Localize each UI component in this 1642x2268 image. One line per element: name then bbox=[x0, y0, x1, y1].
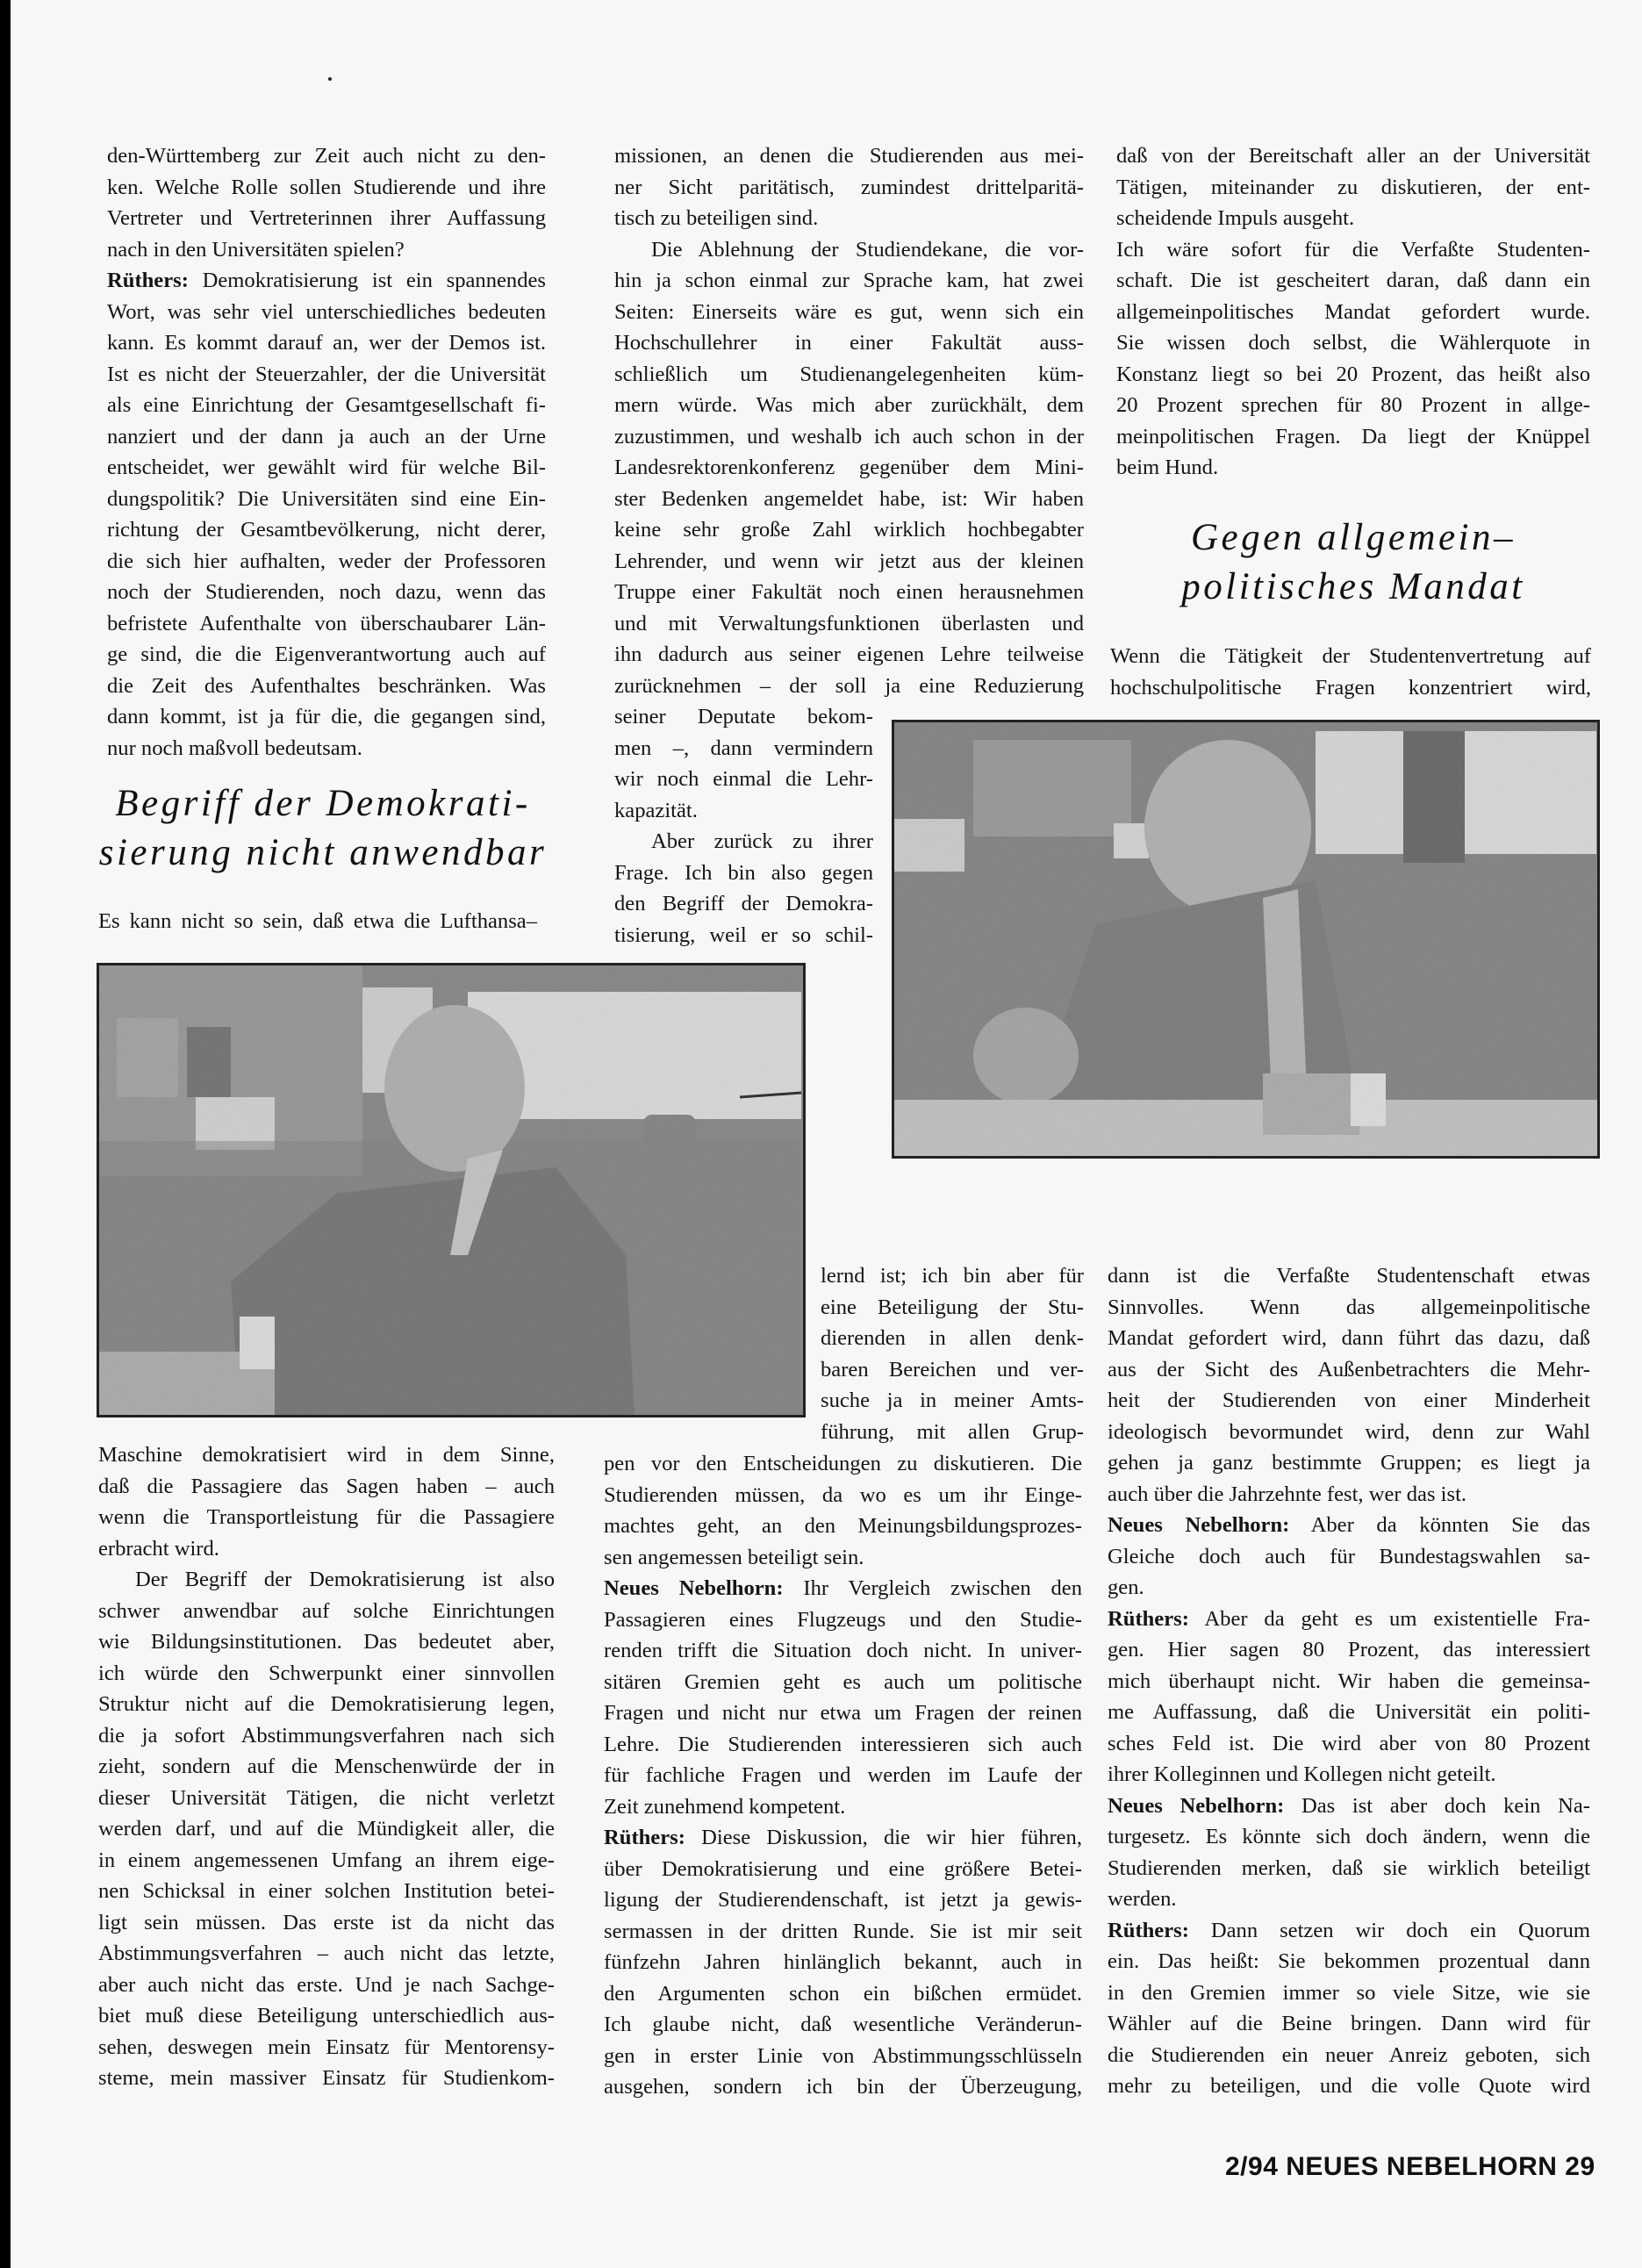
text-line: ich würde den Schwerpunkt einer sinnvoll… bbox=[98, 1658, 555, 1690]
text-line: aus der Sicht des Außenbetrachters die M… bbox=[1108, 1354, 1590, 1386]
text-line: Struktur nicht auf die Demokratisierung … bbox=[98, 1689, 555, 1720]
speaker-label: Rüthers: bbox=[1108, 1607, 1189, 1631]
text-line: Vertreter und Vertreterinnen ihrer Auffa… bbox=[107, 203, 546, 234]
text-line: allgemeinpolitisches Mandat gefordert wu… bbox=[1116, 297, 1590, 328]
text-line: führung, mit allen Grup- bbox=[821, 1417, 1084, 1448]
column-1-bottom: Maschine demokratisiert wird in dem Sinn… bbox=[98, 1439, 555, 2094]
text-line: ein. Das heißt: Sie bekommen prozentual … bbox=[1108, 1946, 1590, 1977]
text-line: erbracht wird. bbox=[98, 1533, 555, 1565]
text-line: gen in erster Linie von Abstimmungsschlü… bbox=[604, 2041, 1082, 2072]
text-line: mern würde. Was mich aber zurückhält, de… bbox=[614, 390, 1084, 421]
text-line: in einem angemessenen Umfang an ihrem ei… bbox=[98, 1845, 555, 1877]
text-line: nach in den Universitäten spielen? bbox=[107, 234, 546, 266]
text-line: entscheidet, wer gewählt wird für welche… bbox=[107, 452, 546, 484]
text-line: dann kommt, ist ja für die, die gegangen… bbox=[107, 701, 546, 733]
text-line: befristete Aufenthalte von überschaubare… bbox=[107, 608, 546, 640]
text-line: Gleiche doch auch für Bundestagswahlen s… bbox=[1108, 1541, 1590, 1573]
text-line: Abstimmungsverfahren – auch nicht das le… bbox=[98, 1938, 555, 1970]
text-line: ge sind, die die Eigenverantwortung auch… bbox=[107, 639, 546, 671]
column-1-lead: Es kann nicht so sein, daß etwa die Luft… bbox=[98, 906, 537, 937]
text-line: dann ist die Verfaßte Studentenschaft et… bbox=[1108, 1260, 1590, 1292]
text-line: meinpolitischen Fragen. Da liegt der Knü… bbox=[1116, 421, 1590, 453]
column-3-lead: Wenn die Tätigkeit der Studentenvertretu… bbox=[1110, 641, 1591, 703]
text-line: aber auch nicht das erste. Und je nach S… bbox=[98, 1970, 555, 2001]
text-line: Sinnvolles. Wenn das allgemeinpolitische bbox=[1108, 1292, 1590, 1324]
text-line: und mit Verwaltungsfunktionen überlasten… bbox=[614, 608, 1084, 640]
text-line: nen Schicksal in einer solchen Instituti… bbox=[98, 1876, 555, 1907]
text-line: nanziert und der dann ja auch an der Urn… bbox=[107, 421, 546, 453]
text-line: Hochschullehrer in einer Fakultät auss- bbox=[614, 327, 1084, 359]
text-line: ner Sicht paritätisch, zumindest drittel… bbox=[614, 172, 1084, 204]
text-line: Lehre. Die Studierenden interessieren si… bbox=[604, 1729, 1082, 1761]
text-line: Lehrender, und wenn wir jetzt aus der kl… bbox=[614, 546, 1084, 578]
column-1-top: den-Württemberg zur Zeit auch nicht zu d… bbox=[107, 140, 546, 764]
column-2-bottom: pen vor den Entscheidungen zu diskutiere… bbox=[604, 1448, 1082, 2103]
column-2-right-narrow: lernd ist; ich bin aber für eine Beteili… bbox=[821, 1260, 1084, 1447]
text-line: scheidende Impuls ausgeht. bbox=[1116, 203, 1590, 234]
column-2-narrow: seiner Deputate bekom- men –, dann vermi… bbox=[614, 701, 873, 951]
text-line: Neues Nebelhorn: Aber da könnten Sie das bbox=[1108, 1510, 1590, 1541]
text-line: gen. bbox=[1108, 1572, 1590, 1604]
text-line: biet muß diese Beteiligung unterschiedli… bbox=[98, 2000, 555, 2032]
photo-interview-2 bbox=[892, 720, 1600, 1159]
text-line: dungspolitik? Die Universitäten sind ein… bbox=[107, 484, 546, 515]
text-line: ken. Welche Rolle sollen Studierende und… bbox=[107, 172, 546, 204]
text-line: Studierenden merken, daß sie wirklich be… bbox=[1108, 1853, 1590, 1884]
text-line: mehr zu beteiligen, und die volle Quote … bbox=[1108, 2071, 1590, 2102]
text-line: dierenden in allen denk- bbox=[821, 1323, 1084, 1354]
text-line: Mandat gefordert wird, dann führt das da… bbox=[1108, 1323, 1590, 1354]
text-line: hin ja schon einmal zur Sprache kam, hat… bbox=[614, 265, 1084, 297]
text-line: gen. Hier sagen 80 Prozent, das interess… bbox=[1108, 1634, 1590, 1666]
text-line: noch der Studierenden, noch dazu, wenn d… bbox=[107, 577, 546, 608]
photo-interview-1 bbox=[97, 963, 806, 1417]
text-line: auch über die Jahrzehnte fest, wer das i… bbox=[1108, 1479, 1590, 1511]
text-line: sermassen in der dritten Runde. Sie ist … bbox=[604, 1916, 1082, 1948]
text-line: Sie wissen doch selbst, die Wählerquote … bbox=[1116, 327, 1590, 359]
text-line: sehen, deswegen mein Einsatz für Mentore… bbox=[98, 2032, 555, 2063]
text-line: Wenn die Tätigkeit der Studentenvertretu… bbox=[1110, 641, 1591, 672]
text-line: lernd ist; ich bin aber für bbox=[821, 1260, 1084, 1292]
text-line: Der Begriff der Demokratisierung ist als… bbox=[98, 1564, 555, 1596]
text-line: Rüthers: Demokratisierung ist ein spanne… bbox=[107, 265, 546, 297]
speaker-label: Neues Nebelhorn: bbox=[1108, 1513, 1289, 1537]
text-line: daß von der Bereitschaft aller an der Un… bbox=[1116, 140, 1590, 172]
text-line: suche ja in meiner Amts- bbox=[821, 1385, 1084, 1417]
text-line: eine Beteiligung der Stu- bbox=[821, 1292, 1084, 1324]
text-line: die sich hier aufhalten, weder der Profe… bbox=[107, 546, 546, 578]
text-line: sches Feld ist. Die wird aber von 80 Pro… bbox=[1108, 1728, 1590, 1760]
text-line: Die Ablehnung der Studiendekane, die vor… bbox=[614, 234, 1084, 266]
text-line: ster Bedenken angemeldet habe, ist: Wir … bbox=[614, 484, 1084, 515]
text-line: Ist es nicht der Steuerzahler, der die U… bbox=[107, 359, 546, 391]
text-line: daß die Passagiere das Sagen haben – auc… bbox=[98, 1471, 555, 1503]
text-line: Passagieren eines Flugzeugs und den Stud… bbox=[604, 1604, 1082, 1636]
text-line: schaft. Die ist gescheitert daran, daß d… bbox=[1116, 265, 1590, 297]
speaker-label: Rüthers: bbox=[107, 269, 189, 292]
speaker-label: Neues Nebelhorn: bbox=[1108, 1794, 1284, 1818]
text-line: 20 Prozent sprechen für 80 Prozent in al… bbox=[1116, 390, 1590, 421]
text-line: renden trifft die Situation doch nicht. … bbox=[604, 1635, 1082, 1667]
text-line: Wort, was sehr viel unterschiedliches be… bbox=[107, 297, 546, 328]
text-line: pen vor den Entscheidungen zu diskutiere… bbox=[604, 1448, 1082, 1480]
text-line: schließlich um Studienangelegenheiten kü… bbox=[614, 359, 1084, 391]
speaker-label: Neues Nebelhorn: bbox=[604, 1576, 784, 1600]
text-line: kapazität. bbox=[614, 795, 873, 827]
section-heading-2: Gegen allgemein– politisches Mandat bbox=[1108, 513, 1599, 612]
text-line: hochschulpolitische Fragen konzentriert … bbox=[1110, 672, 1591, 704]
column-3-bottom: dann ist die Verfaßte Studentenschaft et… bbox=[1108, 1260, 1590, 2102]
text-line: men –, dann vermindern bbox=[614, 733, 873, 764]
text-line: Rüthers: Aber da geht es um existentiell… bbox=[1108, 1604, 1590, 1635]
text-line: den-Württemberg zur Zeit auch nicht zu d… bbox=[107, 140, 546, 172]
text-line: werden. bbox=[1108, 1884, 1590, 1915]
text-line: schwer anwendbar auf solche Einrichtunge… bbox=[98, 1596, 555, 1627]
text-line: als eine Einrichtung der Gesamtgesellsch… bbox=[107, 390, 546, 421]
photo-image bbox=[99, 965, 803, 1415]
text-line: me Auffassung, daß die Universität ein p… bbox=[1108, 1697, 1590, 1728]
text-line: Fragen und nicht nur etwa um Fragen der … bbox=[604, 1697, 1082, 1729]
text-line: missionen, an denen die Studierenden aus… bbox=[614, 140, 1084, 172]
text-line: über Demokratisierung und eine größere B… bbox=[604, 1854, 1082, 1885]
text-line: tisierung, weil er so schil- bbox=[614, 920, 873, 951]
text-line: wenn die Transportleistung für die Passa… bbox=[98, 1502, 555, 1533]
text-line: nur noch maßvoll bedeutsam. bbox=[107, 733, 546, 764]
column-2-top: missionen, an denen die Studierenden aus… bbox=[614, 140, 1084, 701]
text-line: Maschine demokratisiert wird in dem Sinn… bbox=[98, 1439, 555, 1471]
text-line: seiner Deputate bekom- bbox=[614, 701, 873, 733]
text-line: Konstanz liegt so bei 20 Prozent, das he… bbox=[1116, 359, 1590, 391]
text-line: richtung der Gesamtbevölkerung, nicht de… bbox=[107, 514, 546, 546]
text-line: Studierenden müssen, da wo es um ihr Ein… bbox=[604, 1480, 1082, 1511]
text-line: den Argumenten schon ein bißchen ermüdet… bbox=[604, 1978, 1082, 2010]
text-line: Neues Nebelhorn: Ihr Vergleich zwischen … bbox=[604, 1573, 1082, 1604]
speaker-label: Rüthers: bbox=[604, 1826, 685, 1849]
text-line: Aber zurück zu ihrer bbox=[614, 826, 873, 858]
text-line: Tätigen, miteinander zu diskutieren, der… bbox=[1116, 172, 1590, 204]
text-line: den Begriff der Demokra- bbox=[614, 888, 873, 920]
text-line: die Zeit des Aufenthaltes beschränken. W… bbox=[107, 671, 546, 702]
photo-image bbox=[894, 722, 1597, 1156]
text-line: sitären Gremien geht es auch um politisc… bbox=[604, 1667, 1082, 1698]
speaker-label: Rüthers: bbox=[1108, 1919, 1189, 1942]
text-line: zurücknehmen – der soll ja eine Reduzier… bbox=[614, 671, 1084, 702]
text-line: ihn dadurch aus seiner eigenen Lehre tei… bbox=[614, 639, 1084, 671]
text-line: zuzustimmen, und weshalb ich auch schon … bbox=[614, 421, 1084, 453]
text-line: steme, mein massiver Einsatz für Studien… bbox=[98, 2063, 555, 2094]
text-line: ihrer Kolleginnen und Kollegen nicht get… bbox=[1108, 1759, 1590, 1791]
text-line: werden darf, und auf die Mündigkeit alle… bbox=[98, 1813, 555, 1845]
scan-speck bbox=[328, 77, 332, 81]
text-line: Landesrektorenkonferenz gegenüber dem Mi… bbox=[614, 452, 1084, 484]
scan-edge bbox=[0, 0, 11, 2268]
text-line: keine sehr große Zahl wirklich hochbegab… bbox=[614, 514, 1084, 546]
text-line: baren Bereichen und ver- bbox=[821, 1354, 1084, 1386]
text-line: Neues Nebelhorn: Das ist aber doch kein … bbox=[1108, 1791, 1590, 1822]
section-heading-1: Begriff der Demokrati- sierung nicht anw… bbox=[95, 779, 551, 878]
text-line: ausgehen, sondern ich bin der Überzeugun… bbox=[604, 2071, 1082, 2103]
text-line: sen angemessen beteiligt sein. bbox=[604, 1542, 1082, 1574]
text-line: Rüthers: Diese Diskussion, die wir hier … bbox=[604, 1822, 1082, 1854]
text-line: gehen ja ganz bestimmte Gruppen; es lieg… bbox=[1108, 1447, 1590, 1479]
text-line: tisch zu beteiligen sind. bbox=[614, 203, 1084, 234]
text-line: machtes geht, an den Meinungsbildungspro… bbox=[604, 1511, 1082, 1542]
text-line: Seiten: Einerseits wäre es gut, wenn sic… bbox=[614, 297, 1084, 328]
text-line: die ja sofort Abstimmungsverfahren nach … bbox=[98, 1720, 555, 1752]
text-line: beim Hund. bbox=[1116, 452, 1590, 484]
column-3-top: daß von der Bereitschaft aller an der Un… bbox=[1116, 140, 1590, 484]
text-line: Truppe einer Fakultät noch einen herausn… bbox=[614, 577, 1084, 608]
text-line: mich überhaupt nicht. Wir haben die geme… bbox=[1108, 1666, 1590, 1697]
text-line: Ich glaube nicht, daß wesentliche Veränd… bbox=[604, 2009, 1082, 2041]
text-line: Wähler auf die Beine bringen. Dann wird … bbox=[1108, 2008, 1590, 2040]
text-line: Ich wäre sofort für die Verfaßte Student… bbox=[1116, 234, 1590, 266]
text-line: kann. Es kommt darauf an, wer der Demos … bbox=[107, 327, 546, 359]
text-line: Es kann nicht so sein, daß etwa die Luft… bbox=[98, 906, 537, 937]
text-line: fünfzehn Jahren hinlänglich bekannt, auc… bbox=[604, 1947, 1082, 1978]
text-line: Frage. Ich bin also gegen bbox=[614, 858, 873, 889]
text-line: für fachliche Fragen und werden im Laufe… bbox=[604, 1760, 1082, 1791]
text-line: ligt sein müssen. Das erste ist da nicht… bbox=[98, 1907, 555, 1939]
text-line: in den Gremien immer so viele Sitze, wie… bbox=[1108, 1977, 1590, 2009]
text-line: wie Bildungsinstitutionen. Das bedeutet … bbox=[98, 1626, 555, 1658]
text-line: Zeit zunehmend kompetent. bbox=[604, 1791, 1082, 1823]
text-line: turgesetz. Es könnte sich doch ändern, w… bbox=[1108, 1821, 1590, 1853]
text-line: dieser Universität Tätigen, die nicht ve… bbox=[98, 1783, 555, 1814]
text-line: zieht, sondern auf die Menschenwürde der… bbox=[98, 1751, 555, 1783]
text-line: heit der Studierenden von einer Minderhe… bbox=[1108, 1385, 1590, 1417]
text-line: ideologisch bevormundet wird, denn zur W… bbox=[1108, 1417, 1590, 1448]
text-line: Rüthers: Dann setzen wir doch ein Quorum bbox=[1108, 1915, 1590, 1947]
text-line: die Studierenden ein neuer Anreiz gebote… bbox=[1108, 2040, 1590, 2071]
text-line: wir noch einmal die Lehr- bbox=[614, 764, 873, 795]
text-line: ligung der Studierendenschaft, ist jetzt… bbox=[604, 1884, 1082, 1916]
page-footer: 2/94 NEUES NEBELHORN 29 bbox=[1225, 2152, 1595, 2182]
